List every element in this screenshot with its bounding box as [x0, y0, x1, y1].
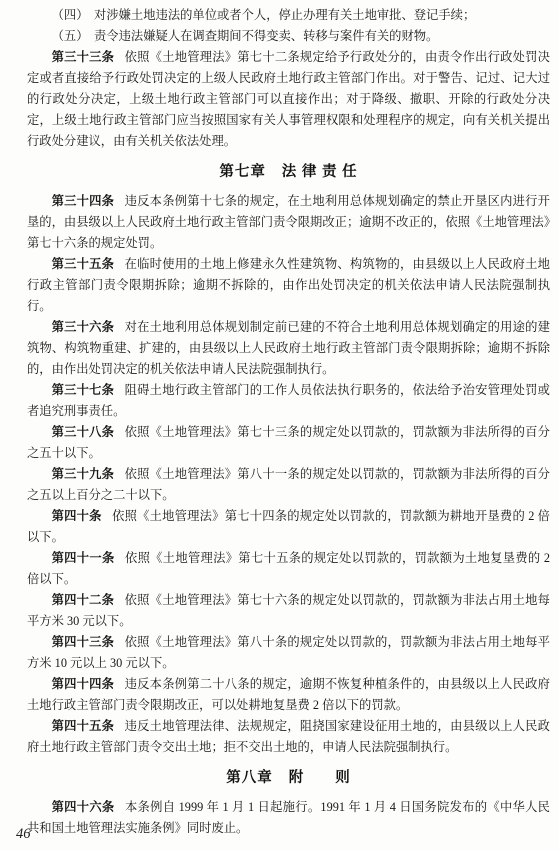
chapter-title: 附 则	[289, 770, 351, 786]
document-body: （四）对涉嫌土地违法的单位或者个人，停止办理有关土地审批、登记手续；（五）责令违…	[27, 5, 550, 839]
article-paragraph: 第三十三条依照《土地管理法》第七十二条规定给予行政处分的，由责令作出行政处罚决定…	[27, 47, 550, 152]
article-number-label: 第四十四条	[52, 677, 115, 691]
article-number-label: 第三十六条	[52, 320, 115, 334]
article-paragraph: 第三十六条对在土地利用总体规划制定前已建的不符合土地利用总体规划确定的用途的建筑…	[27, 317, 550, 380]
article-number-label: 第三十七条	[52, 383, 115, 397]
article-paragraph: 第四十六条本条例自 1999 年 1 月 1 日起施行。1991 年 1 月 4…	[27, 797, 550, 839]
article-number-label: 第三十三条	[52, 50, 115, 64]
article-number-label: 第三十九条	[52, 467, 115, 481]
article-number-label: 第三十四条	[52, 194, 115, 208]
article-paragraph: 第三十九条依照《土地管理法》第八十一条的规定处以罚款的，罚款额为非法所得的百分之…	[27, 464, 550, 506]
paragraph-text: 对涉嫌土地违法的单位或者个人，停止办理有关土地审批、登记手续；	[94, 8, 475, 22]
article-paragraph: 第四十二条依照《土地管理法》第七十六条的规定处以罚款的，罚款额为非法占用土地每平…	[27, 590, 550, 632]
article-paragraph: 第三十五条在临时使用的土地上修建永久性建筑物、构筑物的，由县级以上人民政府土地行…	[27, 254, 550, 317]
paragraph-text: 依照《土地管理法》第七十四条的规定处以罚款的，罚款额为耕地开垦费的 2 倍以下。	[27, 509, 550, 544]
item-number-label: （四）	[52, 8, 89, 22]
chapter-heading: 第七章法 律 责 任	[27, 162, 550, 183]
paragraph-text: 依照《土地管理法》第七十二条规定给予行政处分的，由责令作出行政处罚决定或者直接给…	[27, 50, 550, 148]
article-paragraph: 第三十七条阻碍土地行政主管部门的工作人员依法执行职务的，依法给予治安管理处罚或者…	[27, 380, 550, 422]
article-number-label: 第四十一条	[52, 551, 115, 565]
article-paragraph: 第四十五条违反土地管理法律、法规规定，阻挠国家建设征用土地的，由县级以上人民政府…	[27, 716, 550, 758]
document-page: （四）对涉嫌土地违法的单位或者个人，停止办理有关土地审批、登记手续；（五）责令违…	[0, 0, 559, 850]
article-number-label: 第三十八条	[52, 425, 115, 439]
article-paragraph: 第四十一条依照《土地管理法》第七十五条的规定处以罚款的，罚款额为土地复垦费的 2…	[27, 548, 550, 590]
page-number: 46	[16, 826, 31, 843]
chapter-label: 第八章	[226, 770, 273, 786]
chapter-label: 第七章	[219, 164, 266, 180]
article-number-label: 第四十三条	[52, 635, 115, 649]
article-number-label: 第四十条	[52, 509, 102, 523]
article-number-label: 第四十五条	[52, 719, 115, 733]
article-paragraph: 第四十条依照《土地管理法》第七十四条的规定处以罚款的，罚款额为耕地开垦费的 2 …	[27, 506, 550, 548]
article-paragraph: 第四十四条违反本条例第二十八条的规定，逾期不恢复种植条件的，由县级以上人民政府土…	[27, 674, 550, 716]
article-number-label: 第四十六条	[52, 800, 115, 814]
chapter-heading: 第八章附 则	[27, 768, 550, 789]
article-number-label: 第四十二条	[52, 593, 115, 607]
article-number-label: 第三十五条	[52, 257, 115, 271]
paragraph-text: 责令违法嫌疑人在调查期间不得变卖、转移与案件有关的财物。	[94, 29, 438, 43]
item-number-label: （五）	[52, 29, 89, 43]
list-item-paragraph: （五）责令违法嫌疑人在调查期间不得变卖、转移与案件有关的财物。	[27, 26, 550, 47]
article-paragraph: 第三十八条依照《土地管理法》第七十三条的规定处以罚款的，罚款额为非法所得的百分之…	[27, 422, 550, 464]
article-paragraph: 第三十四条违反本条例第十七条的规定，在土地利用总体规划确定的禁止开垦区内进行开垦…	[27, 191, 550, 254]
list-item-paragraph: （四）对涉嫌土地违法的单位或者个人，停止办理有关土地审批、登记手续；	[27, 5, 550, 26]
article-paragraph: 第四十三条依照《土地管理法》第八十条的规定处以罚款的，罚款额为非法占用土地每平方…	[27, 632, 550, 674]
chapter-title: 法 律 责 任	[282, 164, 358, 180]
